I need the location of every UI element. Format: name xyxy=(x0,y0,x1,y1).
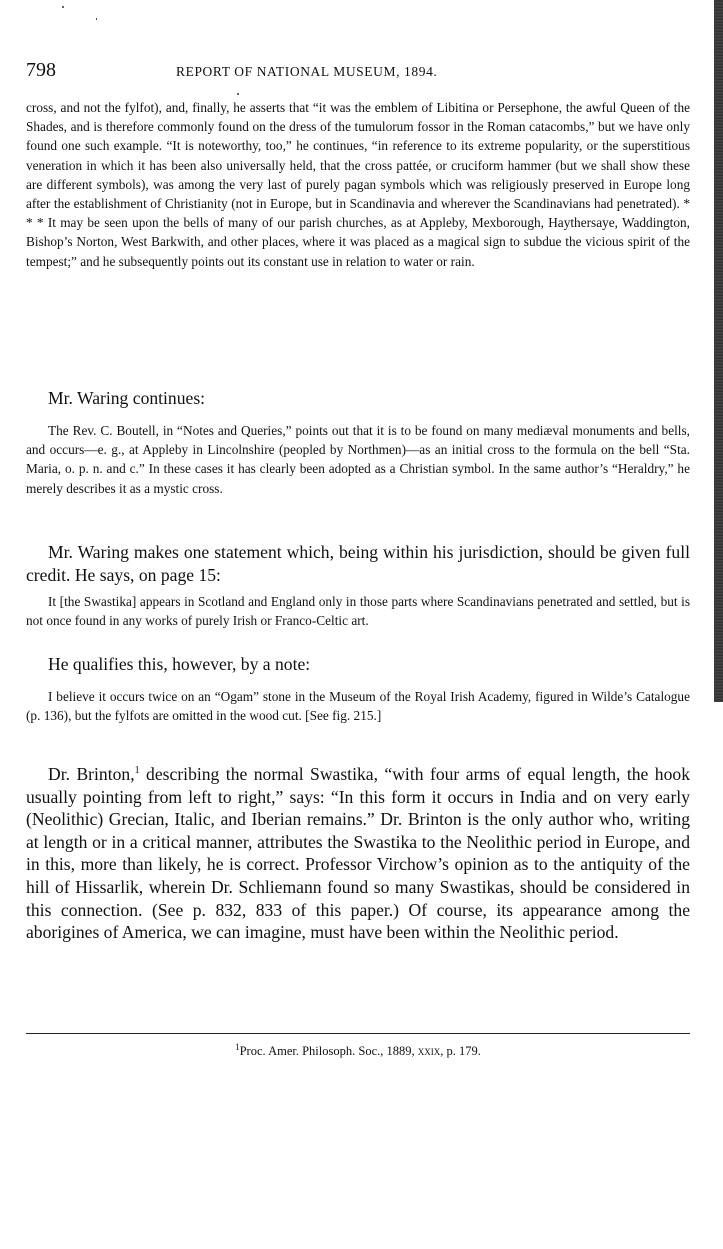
block-quote-boutell: The Rev. C. Boutell, in “Notes and Queri… xyxy=(26,421,690,498)
page-number: 798 xyxy=(26,60,56,80)
paragraph-brinton-text: describing the normal Swastika, “with fo… xyxy=(26,764,690,942)
scan-speck xyxy=(237,93,239,95)
quote-continuation-paragraph: cross, and not the fylfot), and, finally… xyxy=(26,98,690,271)
paragraph-waring-statement: Mr. Waring makes one statement which, be… xyxy=(26,541,690,587)
footnote-divider xyxy=(26,1033,690,1034)
lead-in-waring-continues: Mr. Waring continues: xyxy=(26,387,712,409)
footnote-volume: xxix xyxy=(418,1044,441,1058)
footnote-1: 1Proc. Amer. Philosoph. Soc., 1889, xxix… xyxy=(26,1043,690,1059)
footnote-text-end: , p. 179. xyxy=(440,1044,481,1058)
lead-in-qualifies-note: He qualifies this, however, by a note: xyxy=(26,653,712,675)
block-quote-swastika-scotland: It [the Swastika] appears in Scotland an… xyxy=(26,592,690,630)
scan-speck xyxy=(62,6,64,8)
block-quote-ogam-stone: I believe it occurs twice on an “Ogam” s… xyxy=(26,687,690,725)
page-header: 798 REPORT OF NATIONAL MUSEUM, 1894. xyxy=(26,60,686,84)
scan-binding-edge xyxy=(714,0,723,702)
paragraph-brinton-text-start: Dr. Brinton, xyxy=(48,764,135,784)
footnote-text: Proc. Amer. Philosoph. Soc., 1889, xyxy=(240,1044,418,1058)
running-head: REPORT OF NATIONAL MUSEUM, 1894. xyxy=(176,64,437,80)
paragraph-brinton: Dr. Brinton,1 describing the normal Swas… xyxy=(26,763,690,944)
scan-speck xyxy=(96,18,97,20)
